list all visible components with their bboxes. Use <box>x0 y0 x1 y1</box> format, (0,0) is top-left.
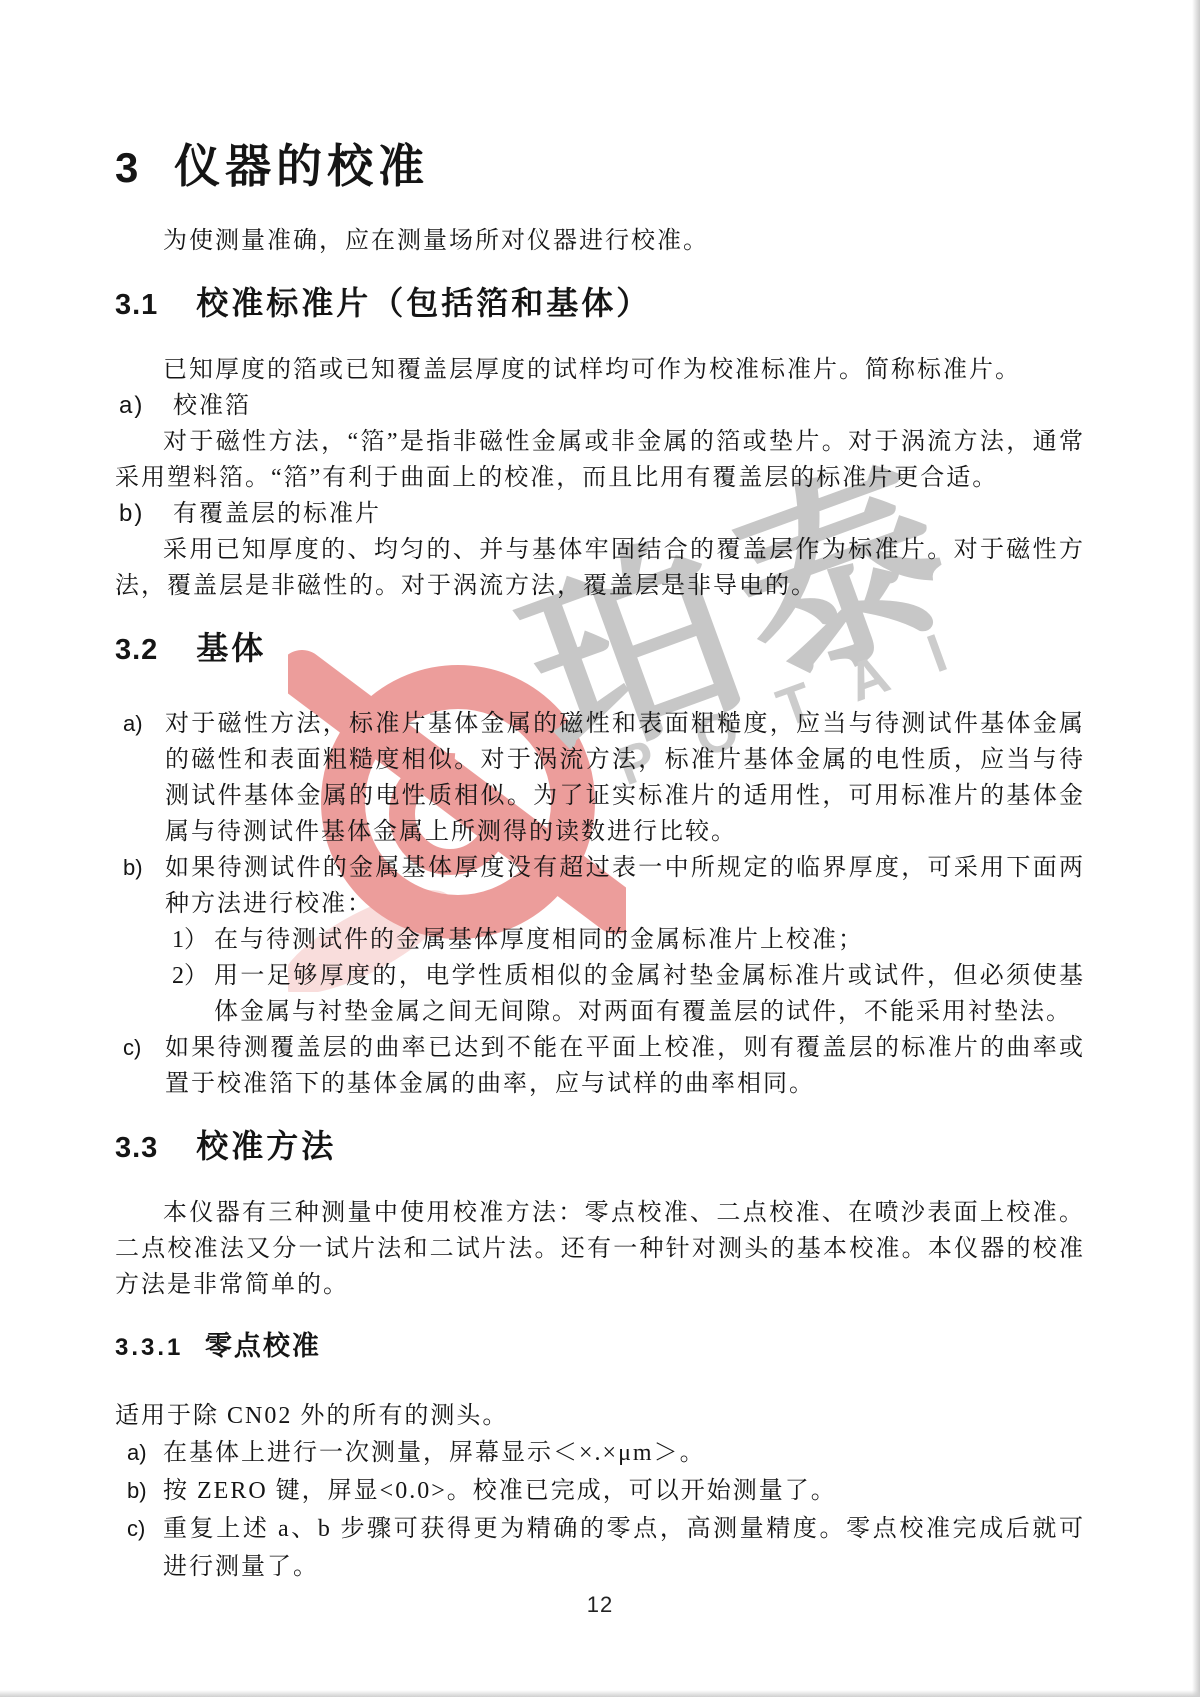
section-3-1-title: 校准标准片（包括箔和基体） <box>196 285 651 321</box>
list-item-text: 如果待测试件的金属基体厚度没有超过表一中所规定的临界厚度，可采用下面两种方法进行… <box>165 850 1085 922</box>
list-item-a-text: 校准箔 <box>173 388 251 424</box>
list-item-a-body: 对于磁性方法，“箔”是指非磁性金属或非金属的箔或垫片。对于涡流方法，通常采用塑料… <box>115 424 1085 496</box>
step-item: a) 在基体上进行一次测量，屏幕显示＜×.×μm＞。 <box>115 1434 1085 1472</box>
sub-list-item-text: 用一足够厚度的，电学性质相似的金属衬垫金属标准片或试件，但必须使基体金属与衬垫金… <box>214 958 1085 1030</box>
list-item-text: 如果待测覆盖层的曲率已达到不能在平面上校准，则有覆盖层的标准片的曲率或置于校准箔… <box>165 1030 1085 1102</box>
list-item: b) 如果待测试件的金属基体厚度没有超过表一中所规定的临界厚度，可采用下面两种方… <box>115 850 1085 922</box>
sub-list-item: 1） 在与待测试件的金属基体厚度相同的金属标准片上校准； <box>172 922 1085 958</box>
list-item-a-title: a) 校准箔 <box>115 388 1085 424</box>
step-item-label: a) <box>115 1434 163 1472</box>
section-3-3-1-title: 零点校准 <box>205 1331 321 1361</box>
list-item: a) 对于磁性方法，标准片基体金属的磁性和表面粗糙度，应当与待测试件基体金属的磁… <box>115 706 1085 850</box>
list-item-b-body: 采用已知厚度的、均匀的、并与基体牢固结合的覆盖层作为标准片。对于磁性方法，覆盖层… <box>115 532 1085 604</box>
list-item: c) 如果待测覆盖层的曲率已达到不能在平面上校准，则有覆盖层的标准片的曲率或置于… <box>115 1030 1085 1102</box>
sub-list-item-text: 在与待测试件的金属基体厚度相同的金属标准片上校准； <box>214 922 1085 958</box>
step-item: c) 重复上述 a、b 步骤可获得更为精确的零点，高测量精度。零点校准完成后就可… <box>115 1510 1085 1586</box>
list-item-b-title: b) 有覆盖层的标准片 <box>115 496 1085 532</box>
scan-edge-bottom <box>0 1690 1200 1697</box>
list-item-b-label: b) <box>115 496 173 532</box>
sub-list-item: 2） 用一足够厚度的，电学性质相似的金属衬垫金属标准片或试件，但必须使基体金属与… <box>172 958 1085 1030</box>
step-item-text: 重复上述 a、b 步骤可获得更为精确的零点，高测量精度。零点校准完成后就可进行测… <box>163 1510 1085 1586</box>
section-3-3-1-lead: 适用于除 CN02 外的所有的测头。 <box>115 1398 1085 1434</box>
sub-list-item-label: 2） <box>172 958 214 1030</box>
section-3-3-heading: 3.3 校准方法 <box>115 1128 1085 1165</box>
section-3-3-paragraph: 本仪器有三种测量中使用校准方法：零点校准、二点校准、在喷沙表面上校准。二点校准法… <box>115 1195 1085 1303</box>
step-item-label: c) <box>115 1510 163 1586</box>
section-3-2-title: 基体 <box>196 630 266 666</box>
chapter-intro-paragraph: 为使测量准确，应在测量场所对仪器进行校准。 <box>115 223 1085 259</box>
step-item-text: 按 ZERO 键，屏显<0.0>。校准已完成，可以开始测量了。 <box>163 1472 1085 1510</box>
scan-edge-right <box>1192 0 1200 1697</box>
section-3-1-intro: 已知厚度的箔或已知覆盖层厚度的试样均可作为校准标准片。简称标准片。 <box>115 352 1085 388</box>
section-3-3-1-number: 3.3.1 <box>115 1334 183 1361</box>
section-3-3-title: 校准方法 <box>196 1128 336 1164</box>
section-3-3-1-heading: 3.3.1 零点校准 <box>115 1331 1085 1362</box>
page-number: 12 <box>0 1592 1200 1618</box>
chapter-heading: 3 仪器的校准 <box>115 140 1085 193</box>
list-item-text: 对于磁性方法，标准片基体金属的磁性和表面粗糙度，应当与待测试件基体金属的磁性和表… <box>165 706 1085 850</box>
step-item-label: b) <box>115 1472 163 1510</box>
document-page: 珀泰 POTAI 3 仪器的校准 为使测量准确，应在测量场所对仪器进行校准。 3… <box>0 0 1200 1697</box>
list-item-b-text: 有覆盖层的标准片 <box>173 496 381 532</box>
section-3-2-number: 3.2 <box>115 634 158 666</box>
chapter-number: 3 <box>115 144 138 191</box>
list-item-label: b) <box>115 850 165 922</box>
step-item-text: 在基体上进行一次测量，屏幕显示＜×.×μm＞。 <box>163 1434 1085 1472</box>
section-3-1-heading: 3.1 校准标准片（包括箔和基体） <box>115 285 1085 322</box>
section-3-2-heading: 3.2 基体 <box>115 630 1085 667</box>
list-item-label: a) <box>115 706 165 850</box>
document-content: 3 仪器的校准 为使测量准确，应在测量场所对仪器进行校准。 3.1 校准标准片（… <box>0 0 1200 1586</box>
sub-list-item-label: 1） <box>172 922 214 958</box>
section-3-1-number: 3.1 <box>115 289 158 321</box>
list-item-a-label: a) <box>115 388 173 424</box>
section-3-3-number: 3.3 <box>115 1132 158 1164</box>
step-item: b) 按 ZERO 键，屏显<0.0>。校准已完成，可以开始测量了。 <box>115 1472 1085 1510</box>
chapter-title: 仪器的校准 <box>174 140 429 192</box>
list-item-label: c) <box>115 1030 165 1102</box>
